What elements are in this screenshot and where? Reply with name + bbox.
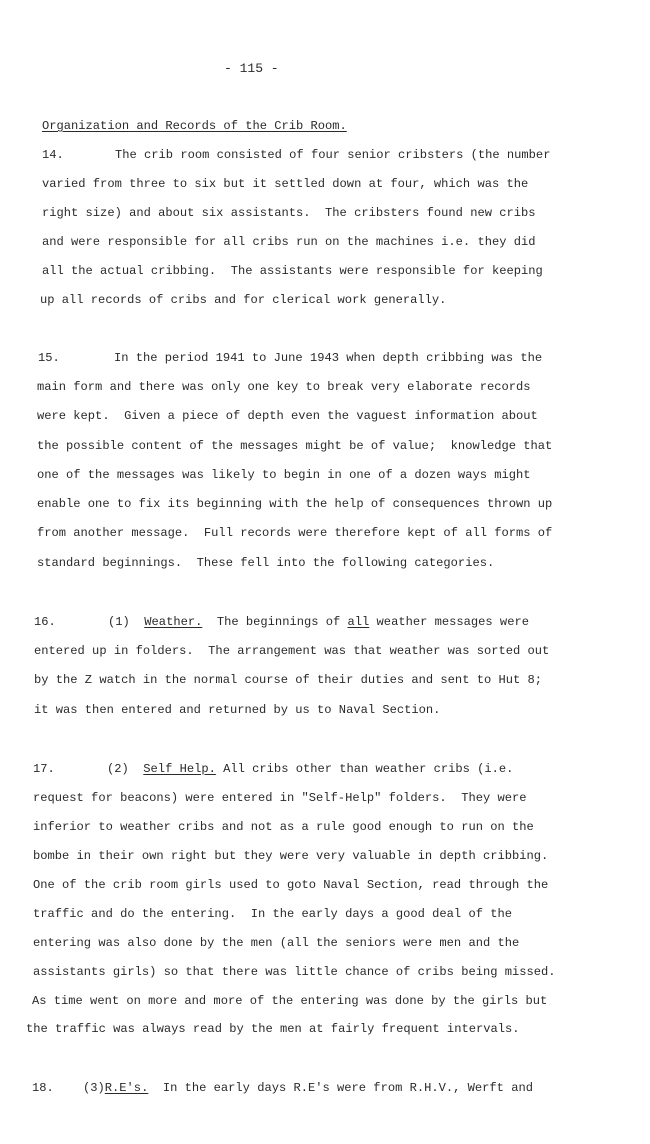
paragraph-first-line: (3)R.E's. In the early days R.E's were f… <box>83 1080 533 1096</box>
paragraph-line: As time went on more and more of the ent… <box>32 993 547 1009</box>
emphasized-word: all <box>348 615 370 629</box>
item-title: Self Help. <box>143 762 216 776</box>
paragraph-line: up all records of cribs and for clerical… <box>40 292 446 308</box>
paragraph-line: entering was also done by the men (all t… <box>33 935 519 951</box>
paragraph-line: request for beacons) were entered in "Se… <box>33 790 527 806</box>
paragraph-number: 15. <box>38 350 60 366</box>
section-heading: Organization and Records of the Crib Roo… <box>42 118 347 134</box>
item-marker: (2) <box>107 762 129 776</box>
paragraph-line: from another message. Full records were … <box>37 525 552 541</box>
item-marker: (1) <box>108 615 130 629</box>
item-title: Weather. <box>144 615 202 629</box>
paragraph-line: bombe in their own right but they were v… <box>33 848 548 864</box>
paragraph-line: one of the messages was likely to begin … <box>37 467 531 483</box>
paragraph-number: 18. <box>32 1080 54 1096</box>
paragraph-line: and were responsible for all cribs run o… <box>42 234 536 250</box>
paragraph-line: it was then entered and returned by us t… <box>34 702 440 718</box>
paragraph-number: 14. <box>42 147 64 163</box>
paragraph-line: the traffic was always read by the men a… <box>26 1021 520 1037</box>
document-page: - 115 - Organization and Records of the … <box>0 0 650 1144</box>
paragraph-line: were kept. Given a piece of depth even t… <box>37 408 538 424</box>
paragraph-line: right size) and about six assistants. Th… <box>42 205 536 221</box>
paragraph-number: 17. <box>33 761 55 777</box>
text-fragment: weather messages were <box>369 615 529 629</box>
paragraph-line: all the actual cribbing. The assistants … <box>42 263 543 279</box>
paragraph-line: traffic and do the entering. In the earl… <box>33 906 512 922</box>
item-marker: (3) <box>83 1081 105 1095</box>
paragraph-line: the possible content of the messages mig… <box>37 438 552 454</box>
paragraph-line: standard beginnings. These fell into the… <box>37 555 494 571</box>
paragraph-first-line: (2) Self Help. All cribs other than weat… <box>107 761 513 777</box>
paragraph-line: varied from three to six but it settled … <box>42 176 528 192</box>
item-title: R.E's. <box>105 1081 149 1095</box>
paragraph-line: enable one to fix its beginning with the… <box>37 496 552 512</box>
paragraph-line: by the Z watch in the normal course of t… <box>34 672 542 688</box>
text-fragment: All cribs other than weather cribs (i.e. <box>216 762 514 776</box>
paragraph-line: main form and there was only one key to … <box>37 379 531 395</box>
paragraph-line: entered up in folders. The arrangement w… <box>34 643 549 659</box>
text-fragment: In the early days R.E's were from R.H.V.… <box>148 1081 533 1095</box>
page-number: - 115 - <box>224 61 279 77</box>
paragraph-line: In the period 1941 to June 1943 when dep… <box>114 350 542 366</box>
text-fragment: The beginnings of <box>217 615 348 629</box>
paragraph-line: assistants girls) so that there was litt… <box>33 964 556 980</box>
paragraph-number: 16. <box>34 614 56 630</box>
paragraph-first-line: (1) Weather. The beginnings of all weath… <box>108 614 529 630</box>
paragraph-line: The crib room consisted of four senior c… <box>115 147 550 163</box>
paragraph-line: One of the crib room girls used to goto … <box>33 877 548 893</box>
paragraph-line: inferior to weather cribs and not as a r… <box>33 819 534 835</box>
